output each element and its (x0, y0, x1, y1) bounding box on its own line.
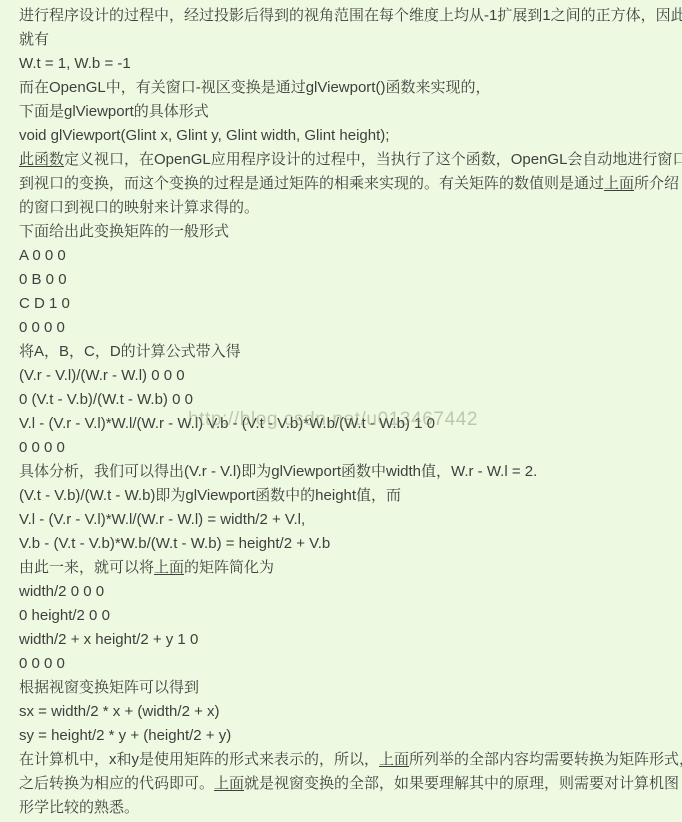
article-lines: 进行程序设计的过程中，经过投影后得到的视角范围在每个维度上均从-1扩展到1之间的… (19, 4, 682, 820)
text-line: (V.t - V.b)/(W.t - W.b)即为glViewport函数中的h… (19, 484, 682, 508)
text-line: V.l - (V.r - V.l)*W.l/(W.r - W.l) = widt… (19, 508, 682, 532)
text-segment: 根据视窗变换矩阵可以得到 (19, 679, 199, 696)
inline-link[interactable]: 上面 (154, 559, 184, 576)
text-line: V.b - (V.t - V.b)*W.b/(W.t - W.b) = heig… (19, 532, 682, 556)
text-line: 0 B 0 0 (19, 268, 682, 292)
text-line: 就有 (19, 28, 682, 52)
text-segment: (V.t - V.b)/(W.t - W.b)即为glViewport函数中的h… (19, 487, 401, 504)
text-segment: 形学比较的熟悉。 (19, 799, 139, 816)
text-segment: 就有 (19, 31, 49, 48)
text-segment: (V.r - V.l)/(W.r - W.l) 0 0 0 (19, 367, 185, 384)
article-body: 进行程序设计的过程中，经过投影后得到的视角范围在每个维度上均从-1扩展到1之间的… (19, 4, 682, 820)
text-segment: 0 0 0 0 (19, 655, 65, 672)
inline-link[interactable]: 此函数 (19, 151, 64, 168)
text-segment: sx = width/2 * x + (width/2 + x) (19, 703, 220, 720)
text-line: (V.r - V.l)/(W.r - W.l) 0 0 0 (19, 364, 682, 388)
text-segment: V.l - (V.r - V.l)*W.l/(W.r - W.l) = widt… (19, 511, 305, 528)
text-segment: V.l - (V.r - V.l)*W.l/(W.r - W.l) V.b - … (19, 415, 435, 432)
text-line: width/2 + x height/2 + y 1 0 (19, 628, 682, 652)
text-line: 具体分析，我们可以得出(V.r - V.l)即为glViewport函数中wid… (19, 460, 682, 484)
text-line: V.l - (V.r - V.l)*W.l/(W.r - W.l) V.b - … (19, 412, 682, 436)
inline-link[interactable]: 上面 (214, 775, 244, 792)
text-segment: 到视口的变换，而这个变换的过程是通过矩阵的相乘来实现的。有关矩阵的数值则是通过 (19, 175, 604, 192)
text-segment: 具体分析，我们可以得出(V.r - V.l)即为glViewport函数中wid… (19, 463, 537, 480)
text-segment: A 0 0 0 (19, 247, 66, 264)
text-segment: 0 0 0 0 (19, 319, 65, 336)
text-line: 将A，B，C，D的计算公式带入得 (19, 340, 682, 364)
text-segment: 所列举的全部内容均需要转换为矩阵形式， (409, 751, 682, 768)
text-segment: void glViewport(Glint x, Glint y, Glint … (19, 127, 389, 144)
text-line: 由此一来，就可以将上面的矩阵简化为 (19, 556, 682, 580)
text-line: 0 0 0 0 (19, 436, 682, 460)
text-segment: V.b - (V.t - V.b)*W.b/(W.t - W.b) = heig… (19, 535, 330, 552)
text-segment: 进行程序设计的过程中，经过投影后得到的视角范围在每个维度上均从-1扩展到1之间的… (19, 7, 682, 24)
text-line: sy = height/2 * y + (height/2 + y) (19, 724, 682, 748)
text-segment: 的矩阵简化为 (184, 559, 274, 576)
text-segment: 将A，B，C，D的计算公式带入得 (19, 343, 241, 360)
text-segment: 0 height/2 0 0 (19, 607, 110, 624)
text-segment: 由此一来，就可以将 (19, 559, 154, 576)
text-line: 根据视窗变换矩阵可以得到 (19, 676, 682, 700)
text-segment: 而在OpenGL中，有关窗口-视区变换是通过glViewport()函数来实现的… (19, 79, 490, 96)
text-line: 0 height/2 0 0 (19, 604, 682, 628)
text-segment: 下面给出此变换矩阵的一般形式 (19, 223, 229, 240)
text-segment: 所介绍 (634, 175, 679, 192)
text-segment: width/2 + x height/2 + y 1 0 (19, 631, 198, 648)
text-segment: 的窗口到视口的映射来计算求得的。 (19, 199, 259, 216)
text-segment: 就是视窗变换的全部，如果要理解其中的原理，则需要对计算机图 (244, 775, 679, 792)
text-line: 的窗口到视口的映射来计算求得的。 (19, 196, 682, 220)
text-line: 下面给出此变换矩阵的一般形式 (19, 220, 682, 244)
text-line: 0 0 0 0 (19, 652, 682, 676)
text-segment: sy = height/2 * y + (height/2 + y) (19, 727, 231, 744)
text-segment: C D 1 0 (19, 295, 70, 312)
text-line: 进行程序设计的过程中，经过投影后得到的视角范围在每个维度上均从-1扩展到1之间的… (19, 4, 682, 28)
text-line: 0 0 0 0 (19, 316, 682, 340)
text-line: A 0 0 0 (19, 244, 682, 268)
text-line: C D 1 0 (19, 292, 682, 316)
text-segment: 0 0 0 0 (19, 439, 65, 456)
text-segment: 0 B 0 0 (19, 271, 67, 288)
text-segment: 在计算机中，x和y是使用矩阵的形式来表示的，所以， (19, 751, 379, 768)
text-line: 0 (V.t - V.b)/(W.t - W.b) 0 0 (19, 388, 682, 412)
text-segment: 下面是glViewport的具体形式 (19, 103, 209, 120)
text-segment: 之后转换为相应的代码即可。 (19, 775, 214, 792)
text-segment: 定义视口，在OpenGL应用程序设计的过程中，当执行了这个函数，OpenGL会自… (64, 151, 682, 168)
inline-link[interactable]: 上面 (379, 751, 409, 768)
text-line: 在计算机中，x和y是使用矩阵的形式来表示的，所以，上面所列举的全部内容均需要转换… (19, 748, 682, 772)
text-line: 而在OpenGL中，有关窗口-视区变换是通过glViewport()函数来实现的… (19, 76, 682, 100)
text-line: width/2 0 0 0 (19, 580, 682, 604)
text-line: 下面是glViewport的具体形式 (19, 100, 682, 124)
text-line: void glViewport(Glint x, Glint y, Glint … (19, 124, 682, 148)
text-line: 到视口的变换，而这个变换的过程是通过矩阵的相乘来实现的。有关矩阵的数值则是通过上… (19, 172, 682, 196)
text-line: 之后转换为相应的代码即可。上面就是视窗变换的全部，如果要理解其中的原理，则需要对… (19, 772, 682, 796)
text-line: W.t = 1, W.b = -1 (19, 52, 682, 76)
text-segment: 0 (V.t - V.b)/(W.t - W.b) 0 0 (19, 391, 193, 408)
text-line: sx = width/2 * x + (width/2 + x) (19, 700, 682, 724)
text-line: 此函数定义视口，在OpenGL应用程序设计的过程中，当执行了这个函数，OpenG… (19, 148, 682, 172)
text-segment: W.t = 1, W.b = -1 (19, 55, 131, 72)
text-line: 形学比较的熟悉。 (19, 796, 682, 820)
inline-link[interactable]: 上面 (604, 175, 634, 192)
text-segment: width/2 0 0 0 (19, 583, 104, 600)
